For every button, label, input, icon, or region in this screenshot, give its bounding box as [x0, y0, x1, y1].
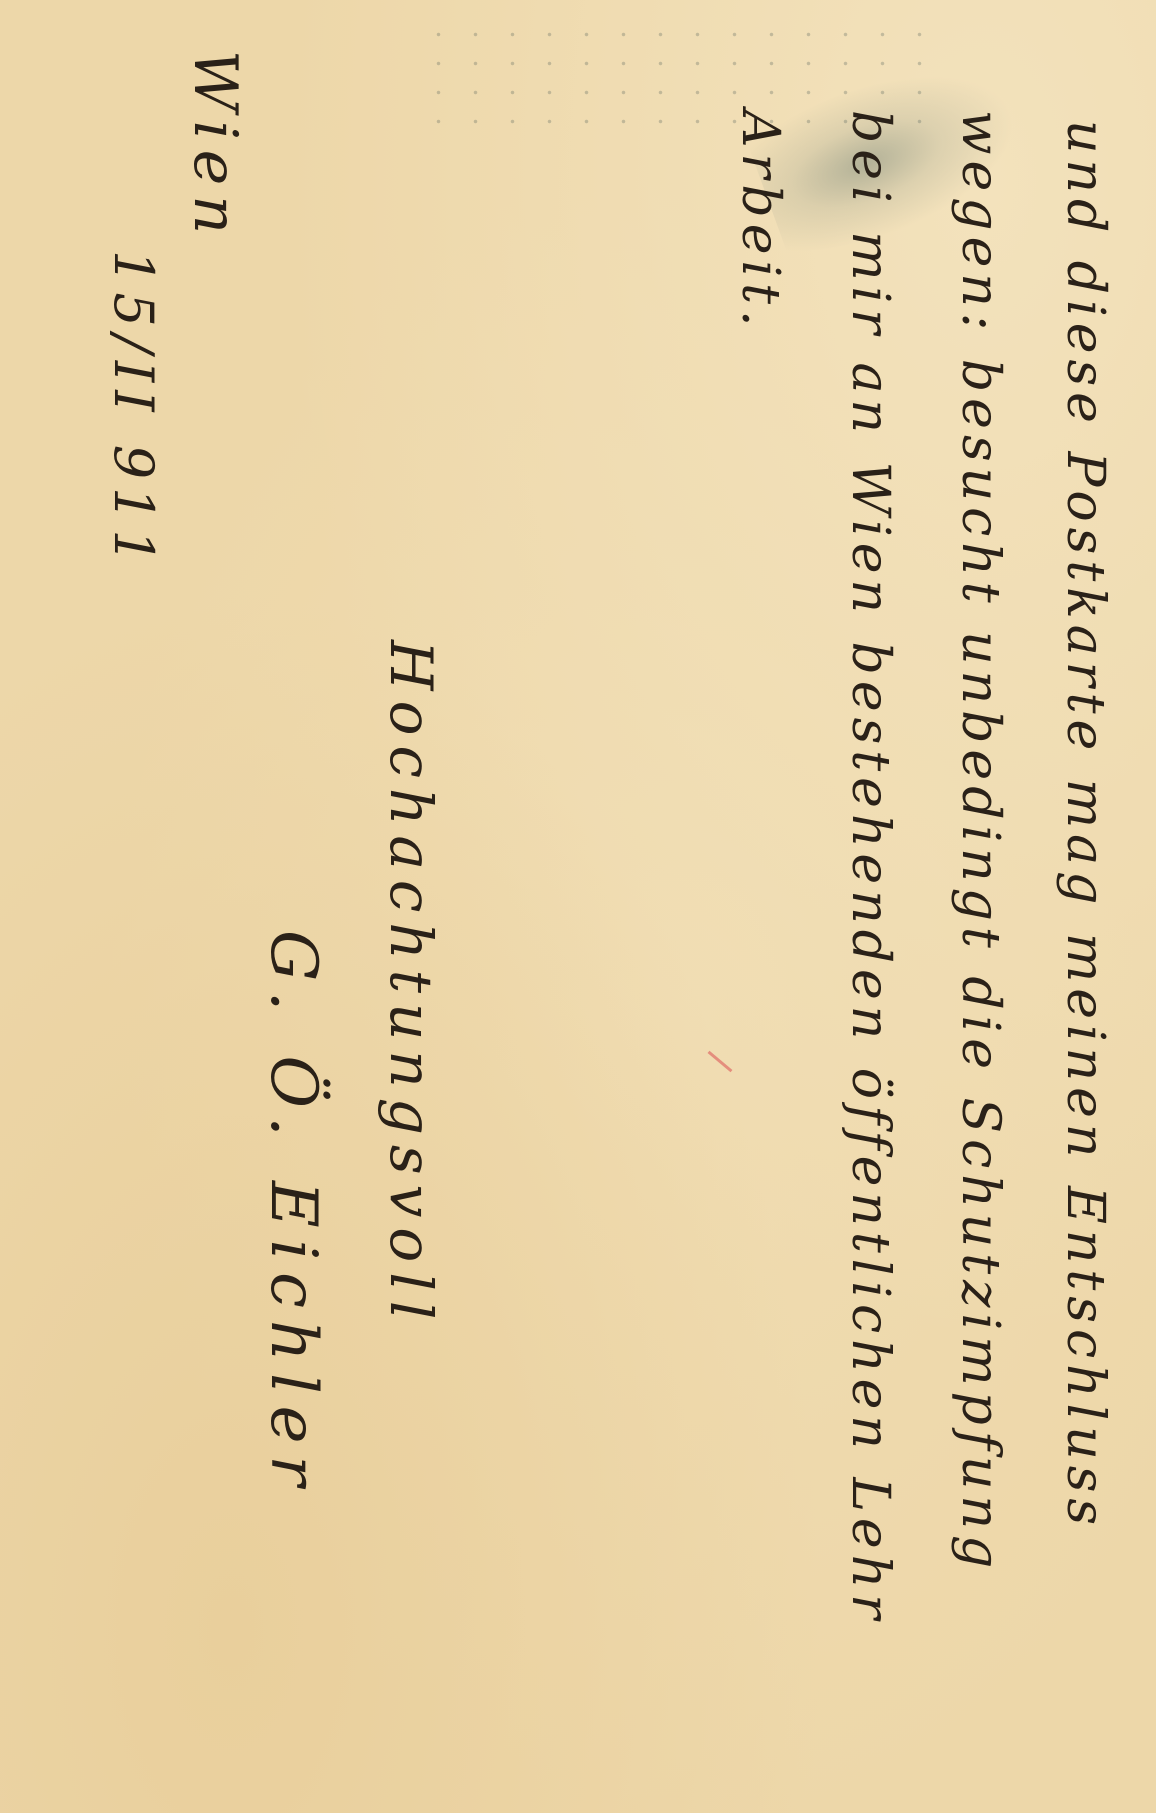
closing-salutation: Hochachtungsvoll — [377, 640, 445, 1329]
body-line-4: Arbeit. — [730, 110, 790, 333]
date-year: 911 — [102, 445, 165, 572]
signature: G. Ö. Eichler — [256, 930, 330, 1498]
red-ink-mark — [708, 1051, 733, 1073]
body-line-1: und diese Postkarte mag meinen Entschlus… — [1055, 120, 1115, 1531]
body-line-3: bei mir an Wien bestehenden öffentlichen… — [840, 110, 900, 1625]
date-place: Wien — [180, 50, 250, 244]
body-line-2: wegen: besucht unbedingt die Schutzimpfu… — [950, 110, 1010, 1574]
date-value: 15/II 911 — [102, 250, 165, 572]
postcard: und diese Postkarte mag meinen Entschlus… — [0, 0, 1156, 1813]
date-day-month: 15/II — [102, 250, 165, 420]
